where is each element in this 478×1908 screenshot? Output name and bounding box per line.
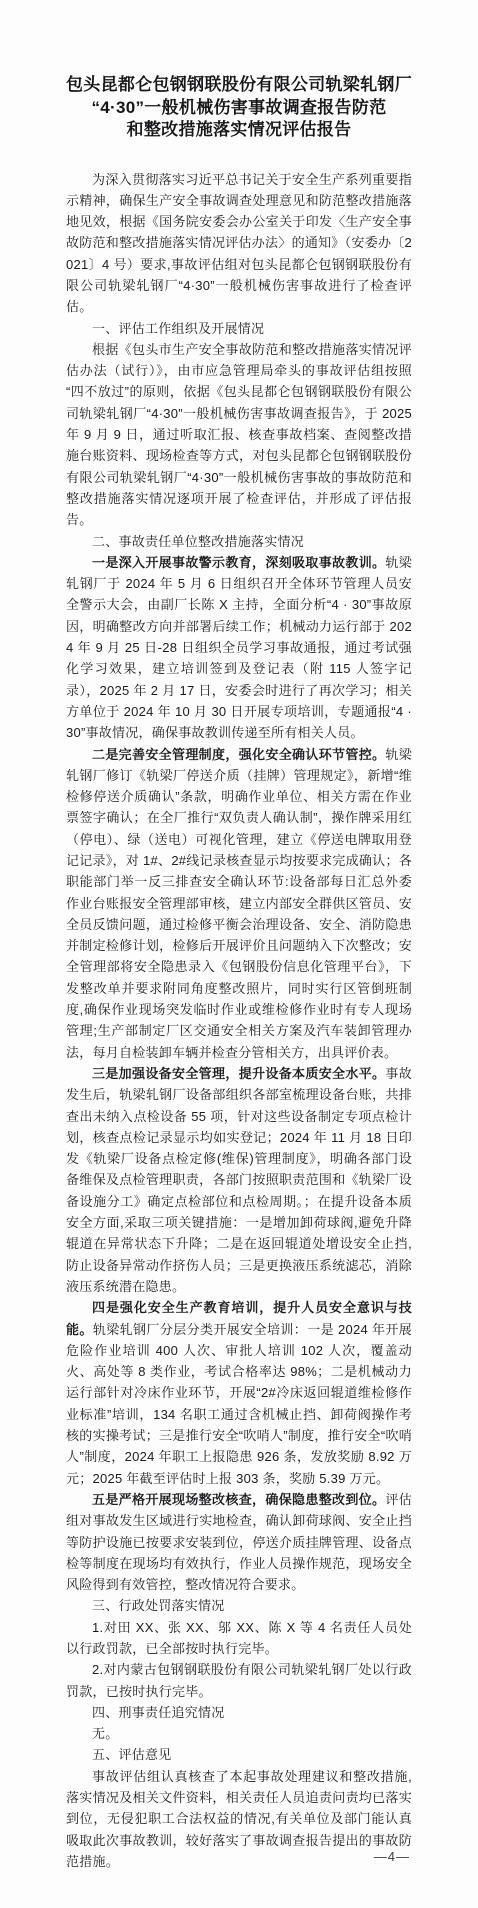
measure-2-text: 轨梁轧钢厂修订《轨梁厂停送介质（挂牌）管理规定》，新增“维检修停送介质确认”条款… bbox=[66, 747, 412, 1060]
report-title-line-2: “4·30”一般机械伤害事故调查报告防范 bbox=[56, 97, 422, 120]
section-heading-5: 五、评估意见 bbox=[66, 1744, 412, 1765]
report-title: 包头昆都仑包钢钢联股份有限公司轨梁轧钢厂 “4·30”一般机械伤害事故调查报告防… bbox=[56, 74, 422, 142]
measure-5-lead: 五是严格开展现场整改核查，确保隐患整改到位。 bbox=[92, 1492, 385, 1507]
measure-1-text: 轨梁轧钢厂于 2024 年 5 月 6 日组织召开全体环节管理人员安全警示大会，… bbox=[66, 555, 412, 740]
measure-4-text: 轨梁轧钢厂分层分类开展安全培训：一是 2024 年开展危险作业培训 400 人次… bbox=[66, 1322, 412, 1486]
measure-4-paragraph: 四是强化安全生产教育培训，提升人员安全意识与技能。轨梁轧钢厂分层分类开展安全培训… bbox=[66, 1297, 412, 1489]
section-heading-1: 一、评估工作组织及开展情况 bbox=[66, 318, 412, 339]
criminal-liability-text: 无。 bbox=[66, 1723, 412, 1744]
penalty-item-2: 2.对内蒙古包钢钢联股份有限公司轨梁轧钢厂处以行政罚款，已按时执行完毕。 bbox=[66, 1659, 412, 1702]
page-number: —4— bbox=[374, 1849, 410, 1864]
section-heading-2: 二、事故责任单位整改措施落实情况 bbox=[66, 531, 412, 552]
report-title-line-3: 和整改措施落实情况评估报告 bbox=[56, 119, 422, 142]
measure-3-text: 事故发生后，轨梁轧钢厂设备部组织各部室梳理设备台账，共排查出未纳入点检设备 55… bbox=[66, 1066, 412, 1294]
measure-1-paragraph: 一是深入开展事故警示教育，深刻吸取事故教训。轨梁轧钢厂于 2024 年 5 月 … bbox=[66, 552, 412, 744]
conclusion-paragraph: 事故评估组认真核查了本起事故处理建议和整改措施,落实情况及相关文件资料，相关责任… bbox=[66, 1766, 412, 1872]
report-page: 包头昆都仑包钢钢联股份有限公司轨梁轧钢厂 “4·30”一般机械伤害事故调查报告防… bbox=[0, 0, 478, 1908]
section-1-paragraph: 根据《包头市生产安全事故防范和整改措施落实情况评估办法（试行）》，由市应急管理局… bbox=[66, 339, 412, 531]
intro-paragraph: 为深入贯彻落实习近平总书记关于安全生产系列重要指示精神，确保生产安全事故调查处理… bbox=[66, 169, 412, 318]
measure-2-lead: 二是完善安全管理制度，强化安全确认环节管控。 bbox=[92, 747, 385, 762]
measure-5-paragraph: 五是严格开展现场整改核查，确保隐患整改到位。评估组对事故发生区域进行实地检查，确… bbox=[66, 1489, 412, 1595]
measure-3-paragraph: 三是加强设备安全管理，提升设备本质安全水平。事故发生后，轨梁轧钢厂设备部组织各部… bbox=[66, 1063, 412, 1297]
measure-3-lead: 三是加强设备安全管理，提升设备本质安全水平。 bbox=[92, 1066, 385, 1081]
report-body: 为深入贯彻落实习近平总书记关于安全生产系列重要指示精神，确保生产安全事故调查处理… bbox=[66, 169, 412, 1873]
penalty-item-1: 1.对田 XX、张 XX、邬 XX、陈 X 等 4 名责任人员处以行政罚款，已全… bbox=[66, 1617, 412, 1660]
section-heading-4: 四、刑事责任追究情况 bbox=[66, 1702, 412, 1723]
section-heading-3: 三、行政处罚落实情况 bbox=[66, 1595, 412, 1616]
report-title-line-1: 包头昆都仑包钢钢联股份有限公司轨梁轧钢厂 bbox=[56, 74, 422, 97]
measure-1-lead: 一是深入开展事故警示教育，深刻吸取事故教训。 bbox=[92, 555, 385, 570]
measure-2-paragraph: 二是完善安全管理制度，强化安全确认环节管控。轨梁轧钢厂修订《轨梁厂停送介质（挂牌… bbox=[66, 744, 412, 1063]
